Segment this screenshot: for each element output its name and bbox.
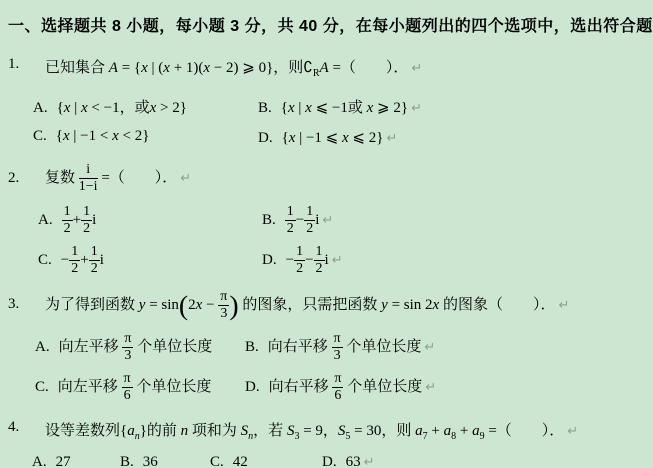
option-label: D. xyxy=(262,252,277,268)
option-label: A. xyxy=(33,100,48,116)
question-3-option-b: B.向右平移 π3 个单位长度↵ xyxy=(245,331,435,364)
question-2-option-d: D.−12−12i↵ xyxy=(262,244,343,277)
question-1-number: 1. xyxy=(8,56,19,73)
question-1-option-a: A.{x | x < −1，或x > 2} xyxy=(33,96,187,117)
option-text: 36 xyxy=(143,454,158,468)
paragraph-mark-icon: ↵ xyxy=(322,213,333,228)
paragraph-mark-icon: ↵ xyxy=(332,253,343,268)
question-3-stem: 为了得到函数 y = sin(2x − π3) 的图象，只需把函数 y = si… xyxy=(45,289,569,322)
option-text: 42 xyxy=(233,454,248,468)
question-1-option-b: B.{x | x ⩽ −1或 x ⩾ 2}↵ xyxy=(258,96,422,117)
option-text: {x | −1 < x < 2} xyxy=(56,128,150,144)
option-text: 27 xyxy=(56,454,71,468)
option-label: D. xyxy=(245,379,260,395)
question-4-stem: 设等差数列{an}的前 n 项和为 Sn，若 S3 = 9，S5 = 30，则 … xyxy=(45,419,578,442)
option-label: C. xyxy=(210,454,224,468)
question-1-stem: 已知集合 A = {x | (x + 1)(x − 2) ⩾ 0}，则∁RA =… xyxy=(45,56,422,79)
option-label: B. xyxy=(120,454,134,468)
paragraph-mark-icon: ↵ xyxy=(424,340,435,355)
question-3-number: 3. xyxy=(8,296,19,313)
option-text: {x | x < −1，或x > 2} xyxy=(57,100,187,116)
option-text: 向右平移 π3 个单位长度 xyxy=(268,339,422,355)
option-text: 12+12i xyxy=(62,212,97,228)
option-text: 向右平移 π6 个单位长度 xyxy=(269,379,423,395)
paragraph-mark-icon: ↵ xyxy=(567,424,578,439)
option-text: 向左平移 π6 个单位长度 xyxy=(58,379,212,395)
question-2-option-a: A.12+12i xyxy=(38,204,96,237)
option-label: B. xyxy=(245,339,259,355)
question-4-stem-text: 设等差数列{an}的前 n 项和为 Sn，若 S3 = 9，S5 = 30，则 … xyxy=(45,423,564,439)
option-label: C. xyxy=(33,128,47,144)
option-label: D. xyxy=(258,130,273,146)
option-label: B. xyxy=(258,100,272,116)
question-3-option-c: C.向左平移 π6 个单位长度 xyxy=(35,371,211,404)
option-text: −12+12i xyxy=(61,252,104,268)
paragraph-mark-icon: ↵ xyxy=(364,455,375,468)
paragraph-mark-icon: ↵ xyxy=(411,101,422,116)
paragraph-mark-icon: ↵ xyxy=(558,298,569,313)
option-label: D. xyxy=(322,454,337,468)
question-2-stem: 复数 i1−i =（ ）．↵ xyxy=(45,162,191,195)
question-1-stem-text: 已知集合 A = {x | (x + 1)(x − 2) ⩾ 0}，则∁RA =… xyxy=(45,60,408,76)
question-2-stem-text: 复数 i1−i =（ ）． xyxy=(45,170,177,186)
option-text: {x | x ⩽ −1或 x ⩾ 2} xyxy=(281,100,408,116)
option-text: 向左平移 π3 个单位长度 xyxy=(59,339,213,355)
question-2-option-c: C.−12+12i xyxy=(38,244,104,277)
option-label: C. xyxy=(35,379,49,395)
question-4-number: 4. xyxy=(8,419,19,436)
question-1-option-d: D.{x | −1 ⩽ x ⩽ 2}↵ xyxy=(258,128,397,147)
paragraph-mark-icon: ↵ xyxy=(411,61,422,76)
option-label: C. xyxy=(38,252,52,268)
question-3-option-a: A.向左平移 π3 个单位长度 xyxy=(35,331,212,364)
question-3-option-d: D.向右平移 π6 个单位长度↵ xyxy=(245,371,436,404)
question-4-option-d: D.63↵ xyxy=(322,454,375,468)
question-4-option-a: A.27 xyxy=(32,454,71,468)
option-text: {x | −1 ⩽ x ⩽ 2} xyxy=(282,130,384,146)
question-1-option-c: C.{x | −1 < x < 2} xyxy=(33,128,149,145)
exam-page: 一、选择题共 8 小题，每小题 3 分，共 40 分，在每小题列出的四个选项中，… xyxy=(0,0,653,468)
option-text: −12−12i xyxy=(286,252,329,268)
paragraph-mark-icon: ↵ xyxy=(386,131,397,146)
question-4-option-b: B.36 xyxy=(120,454,158,468)
paragraph-mark-icon: ↵ xyxy=(180,171,191,186)
option-text: 12−12i xyxy=(285,212,320,228)
paragraph-mark-icon: ↵ xyxy=(425,380,436,395)
question-3-stem-text: 为了得到函数 y = sin(2x − π3) 的图象，只需把函数 y = si… xyxy=(45,297,555,313)
option-label: A. xyxy=(35,339,50,355)
option-label: B. xyxy=(262,212,276,228)
option-label: A. xyxy=(32,454,47,468)
option-label: A. xyxy=(38,212,53,228)
question-2-option-b: B.12−12i↵ xyxy=(262,204,333,237)
question-2-number: 2. xyxy=(8,170,19,187)
option-text: 63 xyxy=(346,454,361,468)
section-header: 一、选择题共 8 小题，每小题 3 分，共 40 分，在每小题列出的四个选项中，… xyxy=(8,13,653,36)
question-4-option-c: C.42 xyxy=(210,454,248,468)
